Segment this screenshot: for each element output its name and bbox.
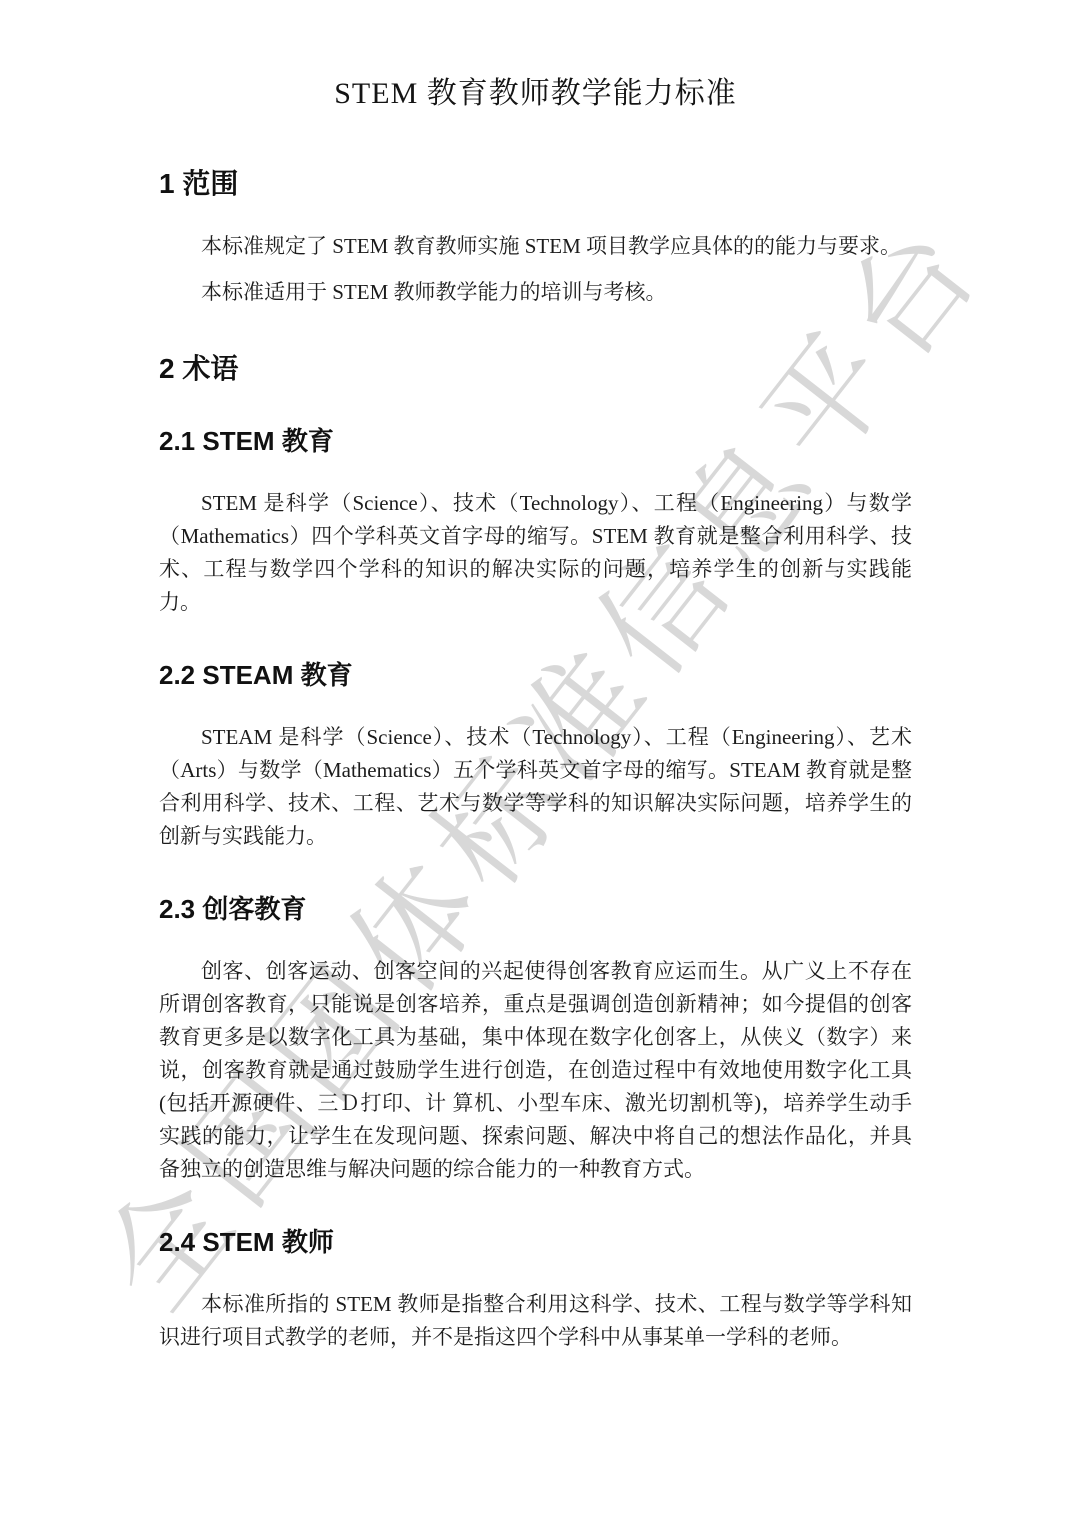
paragraph-maker-education: 创客、创客运动、创客空间的兴起使得创客教育应运而生。从广义上不存在所谓创客教育，… (159, 955, 912, 1186)
document-page: 全国团体标准信息平台 STEM 教育教师教学能力标准 1 范围 本标准规定了 S… (0, 0, 1071, 1515)
section-heading-2-4-stem-teacher: 2.4 STEM 教师 (159, 1226, 912, 1258)
paragraph-stem-education: STEM 是科学（Science）、技术（Technology）、工程（Engi… (159, 487, 912, 619)
paragraph-scope-1: 本标准规定了 STEM 教育教师实施 STEM 项目教学应具体的的能力与要求。 (159, 230, 912, 263)
section-heading-2-terms: 2 术语 (159, 353, 912, 385)
document-content: STEM 教育教师教学能力标准 1 范围 本标准规定了 STEM 教育教师实施 … (0, 76, 1071, 1354)
document-title: STEM 教育教师教学能力标准 (159, 76, 912, 112)
section-heading-2-3-maker-education: 2.3 创客教育 (159, 893, 912, 925)
paragraph-steam-education: STEAM 是科学（Science）、技术（Technology）、工程（Eng… (159, 721, 912, 853)
section-heading-2-2-steam-education: 2.2 STEAM 教育 (159, 659, 912, 691)
paragraph-scope-2: 本标准适用于 STEM 教师教学能力的培训与考核。 (159, 276, 912, 309)
section-heading-2-1-stem-education: 2.1 STEM 教育 (159, 425, 912, 457)
section-heading-1-scope: 1 范围 (159, 168, 912, 200)
paragraph-stem-teacher: 本标准所指的 STEM 教师是指整合利用这科学、技术、工程与数学等学科知识进行项… (159, 1288, 912, 1354)
